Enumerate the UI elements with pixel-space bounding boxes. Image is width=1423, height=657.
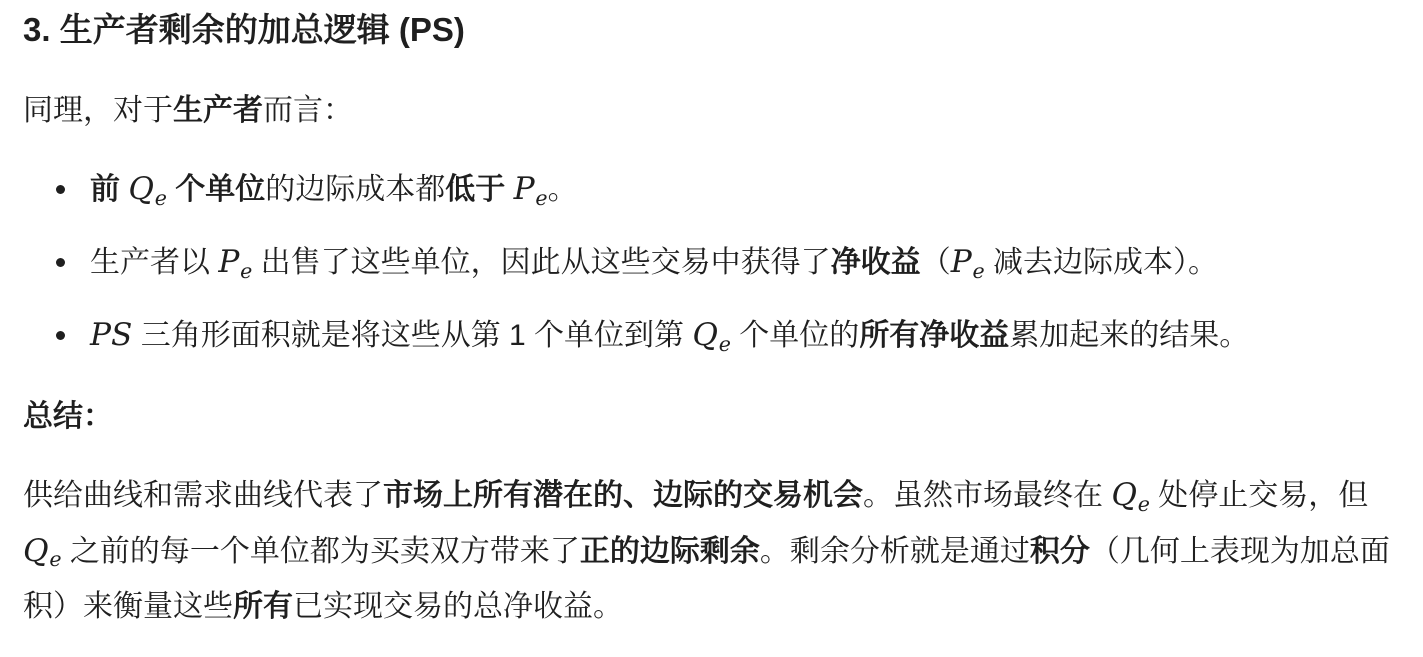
closing-paragraph: 供给曲线和需求曲线代表了市场上所有潜在的、边际的交易机会。虽然市场最终在 Qe …	[23, 468, 1400, 634]
text-segment: 三角形面积就是将这些从第 1 个单位到第	[132, 319, 692, 352]
text-segment: 同理，对于	[23, 94, 173, 127]
bold-segment: 净收益	[831, 246, 921, 279]
math-Qe: Qe	[692, 317, 731, 353]
text-segment: 出售了这些单位，因此从这些交易中获得了	[252, 246, 830, 279]
math-variable: Q	[1111, 477, 1137, 513]
text-segment: 累加起来的结果。	[1009, 319, 1249, 352]
math-variable: P	[951, 244, 972, 280]
text-segment: （	[921, 246, 951, 279]
bold-segment: 前	[90, 173, 128, 206]
text-segment: 。剩余分析就是通过	[760, 535, 1030, 568]
text-segment: 而言：	[263, 94, 353, 127]
text-segment: 之前的每一个单位都为买卖双方带来了	[62, 535, 580, 568]
text-segment: 生产者以	[90, 246, 218, 279]
bold-segment: 生产者	[173, 94, 263, 127]
bold-segment: 所有	[233, 590, 293, 623]
math-subscript: e	[719, 332, 731, 356]
math-Qe: Qe	[1111, 477, 1150, 513]
list-item: PS 三角形面积就是将这些从第 1 个单位到第 Qe 个单位的所有净收益累加起来…	[23, 308, 1400, 363]
math-Qe: Qe	[23, 533, 62, 569]
bold-segment: 所有净收益	[859, 319, 1009, 352]
bold-segment: 市场上所有潜在的、边际的交易机会	[383, 479, 863, 512]
bold-segment: 个单位	[167, 173, 265, 206]
math-subscript: e	[535, 186, 547, 210]
math-Pe: Pe	[951, 244, 985, 280]
math-Pe: Pe	[514, 171, 548, 207]
text-segment: 处停止交易，但	[1150, 479, 1368, 512]
math-subscript: e	[240, 259, 252, 283]
text-segment: 。虽然市场最终在	[863, 479, 1111, 512]
text-segment: 的边际成本都	[265, 173, 445, 206]
text-segment: 个单位的	[731, 319, 859, 352]
math-variable: Q	[23, 533, 49, 569]
math-variable: P	[514, 171, 535, 207]
bold-segment: 低于	[445, 173, 513, 206]
math-subscript: e	[1138, 492, 1150, 516]
math-subscript: e	[155, 186, 167, 210]
section-heading: 3. 生产者剩余的加总逻辑 (PS)	[23, 8, 1400, 53]
list-item: 前 Qe 个单位的边际成本都低于 Pe。	[23, 162, 1400, 217]
bold-segment: 正的边际剩余	[580, 535, 760, 568]
text-segment: 供给曲线和需求曲线代表了	[23, 479, 383, 512]
math-Pe: Pe	[218, 244, 252, 280]
bold-segment: 积分	[1030, 535, 1090, 568]
math-variable: Q	[128, 171, 154, 207]
math-subscript: e	[973, 259, 985, 283]
math-variable: PS	[90, 317, 132, 353]
summary-label: 总结：	[23, 389, 1400, 444]
math-PS: PS	[90, 317, 132, 353]
text-segment: 减去边际成本）。	[985, 246, 1218, 279]
math-subscript: e	[49, 547, 61, 571]
document-body: 3. 生产者剩余的加总逻辑 (PS) 同理，对于生产者而言： 前 Qe 个单位的…	[0, 0, 1423, 634]
text-segment: 已实现交易的总净收益。	[293, 590, 623, 623]
math-variable: P	[218, 244, 239, 280]
intro-paragraph: 同理，对于生产者而言：	[23, 83, 1400, 138]
text-segment: 。	[548, 173, 578, 206]
list-item: 生产者以 Pe 出售了这些单位，因此从这些交易中获得了净收益（Pe 减去边际成本…	[23, 235, 1400, 290]
math-variable: Q	[692, 317, 718, 353]
bullet-list: 前 Qe 个单位的边际成本都低于 Pe。 生产者以 Pe 出售了这些单位，因此从…	[23, 162, 1400, 364]
math-Qe: Qe	[128, 171, 167, 207]
